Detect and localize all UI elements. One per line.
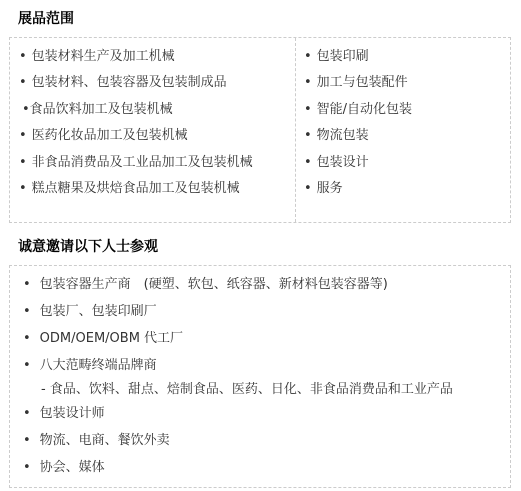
list-item: •包装材料、包装容器及包装制成品 bbox=[10, 70, 295, 97]
list-item: •加工与包装配件 bbox=[296, 70, 510, 97]
bullet-icon: • bbox=[304, 50, 312, 63]
invitation-table: •包装容器生产商 (硬塑、软包、纸容器、新材料包装容器等) •包装厂、包装印刷厂… bbox=[9, 265, 511, 488]
list-subitem: - 食品、饮料、甜点、焙制食品、医药、日化、非食品消费品和工业产品 bbox=[10, 379, 510, 400]
list-item: •食品饮料加工及包装机械 bbox=[10, 96, 295, 123]
bullet-icon: • bbox=[19, 76, 27, 89]
list-item-label: ODM/OEM/OBM 代工厂 bbox=[40, 332, 183, 345]
list-item: •物流、电商、餐饮外卖 bbox=[10, 427, 510, 454]
exhibit-scope-right-list: •包装印刷 •加工与包装配件 •智能/自动化包装 •物流包装 •包装设计 •服务 bbox=[296, 43, 510, 202]
list-item: •包装材料生产及加工机械 bbox=[10, 43, 295, 70]
invitation-list: •包装容器生产商 (硬塑、软包、纸容器、新材料包装容器等) •包装厂、包装印刷厂… bbox=[10, 271, 510, 481]
bullet-icon: • bbox=[19, 50, 27, 63]
bullet-icon: • bbox=[19, 182, 27, 195]
bullet-icon: • bbox=[304, 156, 312, 169]
list-item-label: 非食品消费品及工业品加工及包装机械 bbox=[32, 156, 253, 169]
list-item: •医药化妆品加工及包装机械 bbox=[10, 123, 295, 150]
exhibit-scope-table: •包装材料生产及加工机械 •包装材料、包装容器及包装制成品 •食品饮料加工及包装… bbox=[9, 37, 511, 223]
list-item: •包装容器生产商 (硬塑、软包、纸容器、新材料包装容器等) bbox=[10, 271, 510, 298]
list-item: •协会、媒体 bbox=[10, 454, 510, 481]
bullet-icon: • bbox=[304, 182, 312, 195]
bullet-icon: • bbox=[23, 278, 31, 291]
list-item: •包装设计 bbox=[296, 149, 510, 176]
list-item-label: 物流、电商、餐饮外卖 bbox=[40, 434, 170, 447]
bullet-icon: • bbox=[304, 103, 312, 116]
exhibit-scope-title: 展品范围 bbox=[0, 0, 521, 28]
list-item: •非食品消费品及工业品加工及包装机械 bbox=[10, 149, 295, 176]
bullet-icon: • bbox=[23, 332, 31, 345]
bullet-icon: • bbox=[23, 359, 31, 372]
list-item: •包装厂、包装印刷厂 bbox=[10, 298, 510, 325]
exhibit-scope-right-column: •包装印刷 •加工与包装配件 •智能/自动化包装 •物流包装 •包装设计 •服务 bbox=[296, 38, 510, 222]
list-item-label: - 食品、饮料、甜点、焙制食品、医药、日化、非食品消费品和工业产品 bbox=[41, 383, 453, 396]
list-item-label: 包装材料、包装容器及包装制成品 bbox=[32, 76, 227, 89]
bullet-icon: • bbox=[22, 103, 30, 116]
bullet-icon: • bbox=[304, 76, 312, 89]
list-item-label: 糕点糖果及烘焙食品加工及包装机械 bbox=[32, 182, 240, 195]
bullet-icon: • bbox=[19, 129, 27, 142]
list-item-label: 智能/自动化包装 bbox=[317, 103, 412, 116]
list-item-label: 加工与包装配件 bbox=[317, 76, 408, 89]
list-item: •包装设计师 bbox=[10, 400, 510, 427]
list-item: •包装印刷 bbox=[296, 43, 510, 70]
list-item-label: 物流包装 bbox=[317, 129, 369, 142]
bullet-icon: • bbox=[23, 305, 31, 318]
exhibit-scope-left-column: •包装材料生产及加工机械 •包装材料、包装容器及包装制成品 •食品饮料加工及包装… bbox=[10, 38, 296, 222]
list-item-label: 包装设计 bbox=[317, 156, 369, 169]
list-item-label: 八大范畴终端品牌商 bbox=[40, 359, 157, 372]
exhibit-scope-left-list: •包装材料生产及加工机械 •包装材料、包装容器及包装制成品 •食品饮料加工及包装… bbox=[10, 43, 295, 202]
list-item-label: 协会、媒体 bbox=[40, 461, 105, 474]
bullet-icon: • bbox=[23, 407, 31, 420]
list-item: •智能/自动化包装 bbox=[296, 96, 510, 123]
list-item: •服务 bbox=[296, 176, 510, 203]
page: 展品范围 •包装材料生产及加工机械 •包装材料、包装容器及包装制成品 •食品饮料… bbox=[0, 0, 521, 491]
list-item-label: 包装设计师 bbox=[40, 407, 105, 420]
list-item-label: 医药化妆品加工及包装机械 bbox=[32, 129, 188, 142]
list-item: •糕点糖果及烘焙食品加工及包装机械 bbox=[10, 176, 295, 203]
list-item-label: 食品饮料加工及包装机械 bbox=[30, 103, 173, 116]
list-item-label: 包装印刷 bbox=[317, 50, 369, 63]
bullet-icon: • bbox=[23, 434, 31, 447]
list-item: •ODM/OEM/OBM 代工厂 bbox=[10, 325, 510, 352]
list-item-label: 服务 bbox=[317, 182, 343, 195]
bullet-icon: • bbox=[19, 156, 27, 169]
list-item: •物流包装 bbox=[296, 123, 510, 150]
list-item: •八大范畴终端品牌商 bbox=[10, 352, 510, 379]
list-item-label: 包装材料生产及加工机械 bbox=[32, 50, 175, 63]
bullet-icon: • bbox=[304, 129, 312, 142]
list-item-label: 包装厂、包装印刷厂 bbox=[40, 305, 157, 318]
bullet-icon: • bbox=[23, 461, 31, 474]
invitation-title: 诚意邀请以下人士参观 bbox=[0, 223, 521, 256]
list-item-label: 包装容器生产商 (硬塑、软包、纸容器、新材料包装容器等) bbox=[40, 278, 388, 291]
